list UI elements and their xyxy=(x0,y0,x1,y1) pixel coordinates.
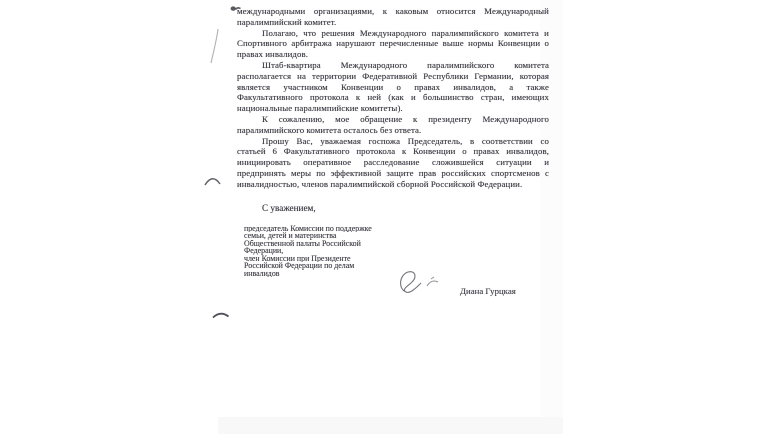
letter-line: располагается на территории Федеративной… xyxy=(237,71,549,82)
letter-line: предпринять меры по эффективной защите п… xyxy=(237,168,549,179)
letter-line: статьей 6 Факультативного протокола к Ко… xyxy=(237,146,549,157)
closing-salutation: С уважением, xyxy=(262,203,316,213)
signatory-title-line: Российской Федерации по делам xyxy=(244,262,389,269)
letter-line: инвалидностью, членов паралимпийской сбо… xyxy=(237,179,549,190)
letter-line: паралимпийского комитета осталось без от… xyxy=(237,125,549,136)
letter-line: инициировать оперативное расследование с… xyxy=(237,157,549,168)
letter-line: международными организациями, к каковым … xyxy=(237,6,549,17)
letter-line: Штаб-квартира Международного паралимпийс… xyxy=(237,60,549,71)
signatory-title-block: председатель Комиссии по поддержке семьи… xyxy=(244,225,389,277)
pen-slash-mark xyxy=(210,28,220,69)
letter-line: является участником Конвенции о правах и… xyxy=(237,82,549,93)
letter-line: национальные паралимпийские комитеты). xyxy=(237,103,549,114)
letter-line: Спортивного арбитража нарушают перечисле… xyxy=(237,38,549,49)
scan-bottom-edge xyxy=(218,417,563,434)
caret-mark-upper xyxy=(204,174,222,192)
letter-line: правах инвалидов. xyxy=(237,49,549,60)
letter-line: Полагаю, что решения Международного пара… xyxy=(237,28,549,39)
letter-body: международными организациями, к каковым … xyxy=(237,6,549,190)
caret-mark-lower xyxy=(212,307,230,325)
signatory-title-line: семьи, детей и материнства xyxy=(244,232,389,239)
letter-line: К сожалению, мое обращение к президенту … xyxy=(237,114,549,125)
letter-line: паралимпийский комитет. xyxy=(237,17,549,28)
signatory-title-line: председатель Комиссии по поддержке xyxy=(244,225,389,232)
signatory-title-line: член Комиссии при Президенте xyxy=(244,255,389,262)
letter-line: Прошу Вас, уважаемая госпожа Председател… xyxy=(237,136,549,147)
handwritten-signature-icon xyxy=(394,266,446,303)
signatory-name: Диана Гурцкая xyxy=(460,286,540,296)
signatory-title-line: Федерации, xyxy=(244,247,389,254)
signatory-title-line: инвалидов xyxy=(244,270,389,277)
letter-line: Факультативного протокола к ней (как и б… xyxy=(237,92,549,103)
signatory-title-line: Общественной палаты Российской xyxy=(244,240,389,247)
scanned-letter-page: международными организациями, к каковым … xyxy=(0,0,770,434)
